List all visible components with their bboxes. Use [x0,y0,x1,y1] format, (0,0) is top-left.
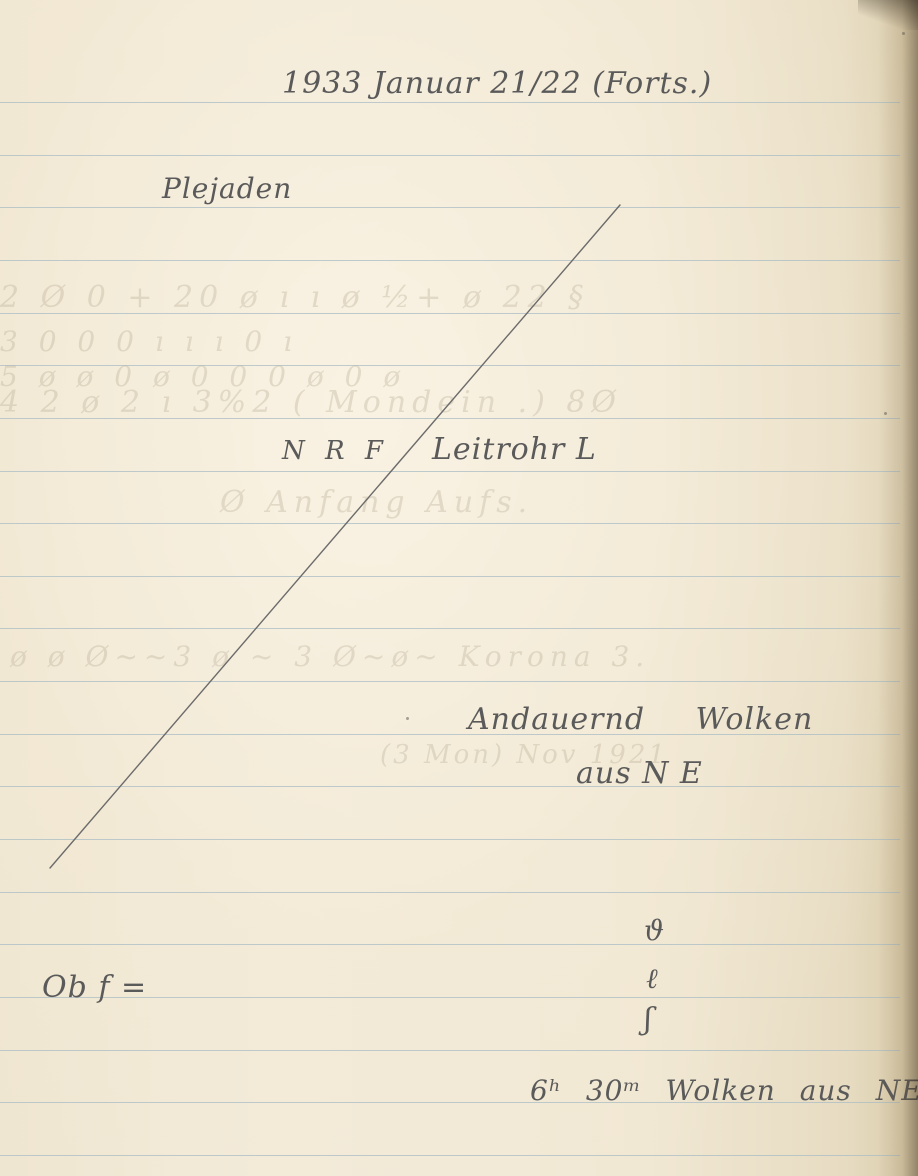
pencil-dot [406,717,409,720]
aus-ne-note: aus N E [576,756,703,791]
time-note: 6ʰ 30ᵐ Wolken aus NE [530,1074,918,1107]
obf-equation: Ob f = [42,970,147,1005]
nrf-label: N R F [282,436,389,466]
page-title: 1933 Januar 21/22 (Forts.) [282,66,712,101]
andauernd-wolken-note: Andauernd Wolken [468,702,813,737]
page-corner-shadow [858,0,918,30]
page-edge-shadow [878,0,918,1176]
leitrohr-label: Leitrohr L [432,432,597,467]
symbol-theta: ϑ [644,914,665,947]
notebook-page: 2 Ø 0 + 20 ø ı ı ø ½+ ø 22 § 3 0 0 0 ı ı… [0,0,918,1176]
symbol-ell: ℓ [646,962,659,996]
plejaden-label: Plejaden [162,172,292,205]
symbol-esh: ʃ [644,1002,653,1037]
